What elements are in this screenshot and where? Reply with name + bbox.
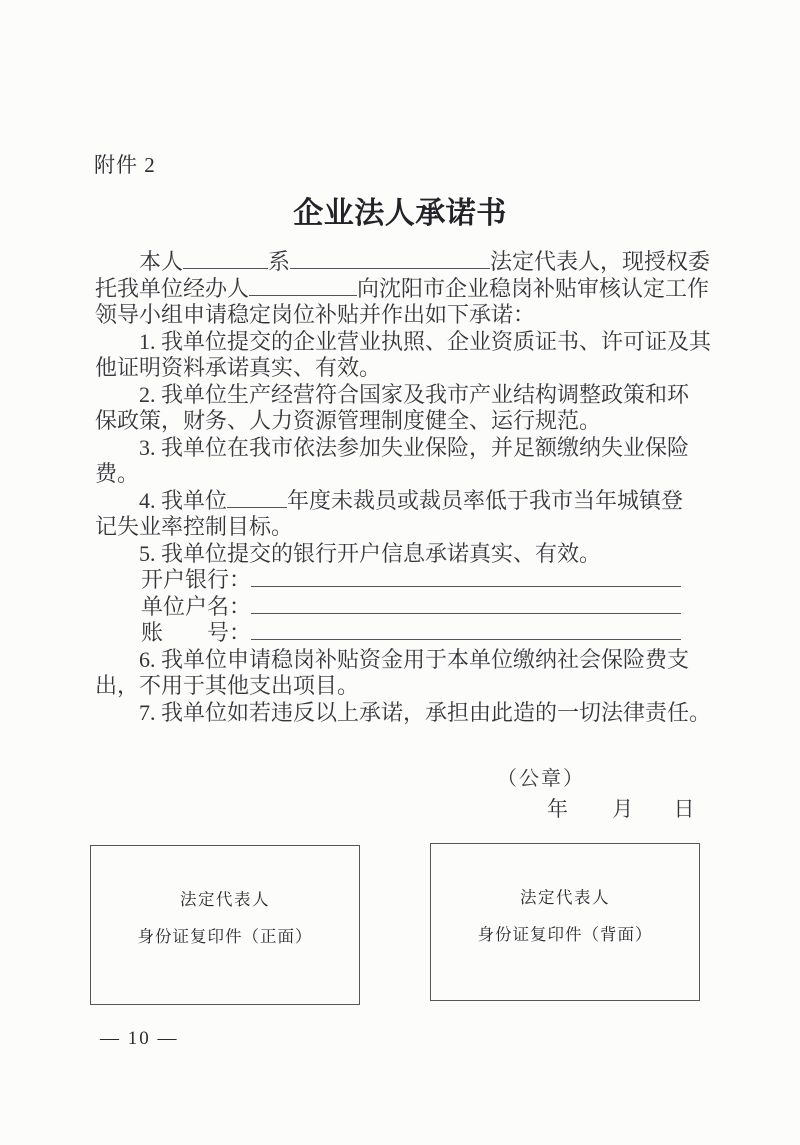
date-year-label: 年 [547,793,568,823]
date-month-label: 月 [612,793,633,823]
body-text-segment: 他证明资料承诺真实、有效。 [95,355,381,380]
body-line: 领导小组申请稳定岗位补贴并作出如下承诺： [95,302,727,329]
body-line: 托我单位经办人向沈阳市企业稳岗补贴审核认定工作 [95,276,727,303]
body-text-segment: 记失业率控制目标。 [95,514,293,539]
indent-spacer [95,719,139,720]
body-text: 本人系法定代表人，现授权委托我单位经办人向沈阳市企业稳岗补贴审核认定工作领导小组… [95,249,727,726]
id-box-front-subtitle: 身份证复印件（正面） [91,923,359,947]
id-box-back-subtitle: 身份证复印件（背面） [431,921,699,945]
body-text-segment: 系 [268,249,290,274]
body-line: 单位户名： [95,594,727,621]
body-text-segment: 本人 [139,249,183,274]
body-line: 6. 我单位申请稳岗补贴资金用于本单位缴纳社会保险费支 [95,647,727,674]
body-line: 本人系法定代表人，现授权委 [95,249,727,276]
body-text-segment: 开户银行： [141,567,251,592]
body-line: 7. 我单位如若违反以上承诺，承担由此造的一切法律责任。 [95,700,727,727]
indent-spacer [95,454,139,455]
body-text-segment: 3. 我单位在我市依法参加失业保险，并足额缴纳失业保险 [139,435,689,460]
id-box-front-title: 法定代表人 [91,886,359,910]
indent-spacer [95,401,139,402]
indent-spacer [95,586,141,587]
official-seal-label: （公章） [497,762,585,791]
body-line: 3. 我单位在我市依法参加失业保险，并足额缴纳失业保险 [95,435,727,462]
fill-in-blank-line [249,277,357,296]
attachment-label: 附件 2 [94,149,156,179]
body-line: 2. 我单位生产经营符合国家及我市产业结构调整政策和环 [95,382,727,409]
id-copy-box-front: 法定代表人 身份证复印件（正面） [90,845,360,1005]
body-text-segment: 账 号： [141,620,251,645]
body-text-segment: 法定代表人，现授权委 [490,249,710,274]
id-box-back-title: 法定代表人 [431,884,699,908]
body-line: 1. 我单位提交的企业营业执照、企业资质证书、许可证及其 [95,329,727,356]
body-line: 5. 我单位提交的银行开户信息承诺真实、有效。 [95,541,727,568]
body-text-segment: 保政策，财务、人力资源管理制度健全、运行规范。 [95,408,601,433]
body-text-segment: 费。 [95,461,139,486]
date-day-label: 日 [674,793,695,823]
date-line: 年 月 日 [547,793,695,823]
body-text-segment: 托我单位经办人 [95,276,249,301]
body-text-segment: 1. 我单位提交的企业营业执照、企业资质证书、许可证及其 [139,329,711,354]
body-text-segment: 领导小组申请稳定岗位补贴并作出如下承诺： [95,302,535,327]
body-text-segment: 5. 我单位提交的银行开户信息承诺真实、有效。 [139,541,601,566]
fill-in-blank-line [251,621,681,640]
body-text-segment: 4. 我单位 [139,488,227,513]
body-line: 账 号： [95,620,727,647]
body-text-segment: 2. 我单位生产经营符合国家及我市产业结构调整政策和环 [139,382,689,407]
body-text-segment: 出，不用于其他支出项目。 [95,673,359,698]
indent-spacer [95,613,141,614]
body-line: 保政策，财务、人力资源管理制度健全、运行规范。 [95,408,727,435]
body-line: 出，不用于其他支出项目。 [95,673,727,700]
body-line: 记失业率控制目标。 [95,514,727,541]
body-line: 开户银行： [95,567,727,594]
fill-in-blank-line [251,568,681,587]
indent-spacer [95,348,139,349]
fill-in-blank-line [183,250,268,269]
indent-spacer [95,268,139,269]
fill-in-blank-line [227,489,287,508]
indent-spacer [95,560,139,561]
page-title: 企业法人承诺书 [0,188,800,232]
body-text-segment: 7. 我单位如若违反以上承诺，承担由此造的一切法律责任。 [139,700,711,725]
indent-spacer [95,639,141,640]
indent-spacer [95,507,139,508]
fill-in-blank-line [251,595,681,614]
indent-spacer [95,666,139,667]
body-text-segment: 单位户名： [141,594,251,619]
document-page: 附件 2 企业法人承诺书 本人系法定代表人，现授权委托我单位经办人向沈阳市企业稳… [0,0,800,1145]
body-line: 4. 我单位年度未裁员或裁员率低于我市当年城镇登 [95,488,727,515]
body-text-segment: 向沈阳市企业稳岗补贴审核认定工作 [357,276,709,301]
body-line: 费。 [95,461,727,488]
fill-in-blank-line [290,250,490,269]
body-text-segment: 年度未裁员或裁员率低于我市当年城镇登 [287,488,683,513]
body-line: 他证明资料承诺真实、有效。 [95,355,727,382]
id-copy-box-back: 法定代表人 身份证复印件（背面） [430,843,700,1001]
page-number: — 10 — [100,1028,179,1050]
body-text-segment: 6. 我单位申请稳岗补贴资金用于本单位缴纳社会保险费支 [139,647,689,672]
